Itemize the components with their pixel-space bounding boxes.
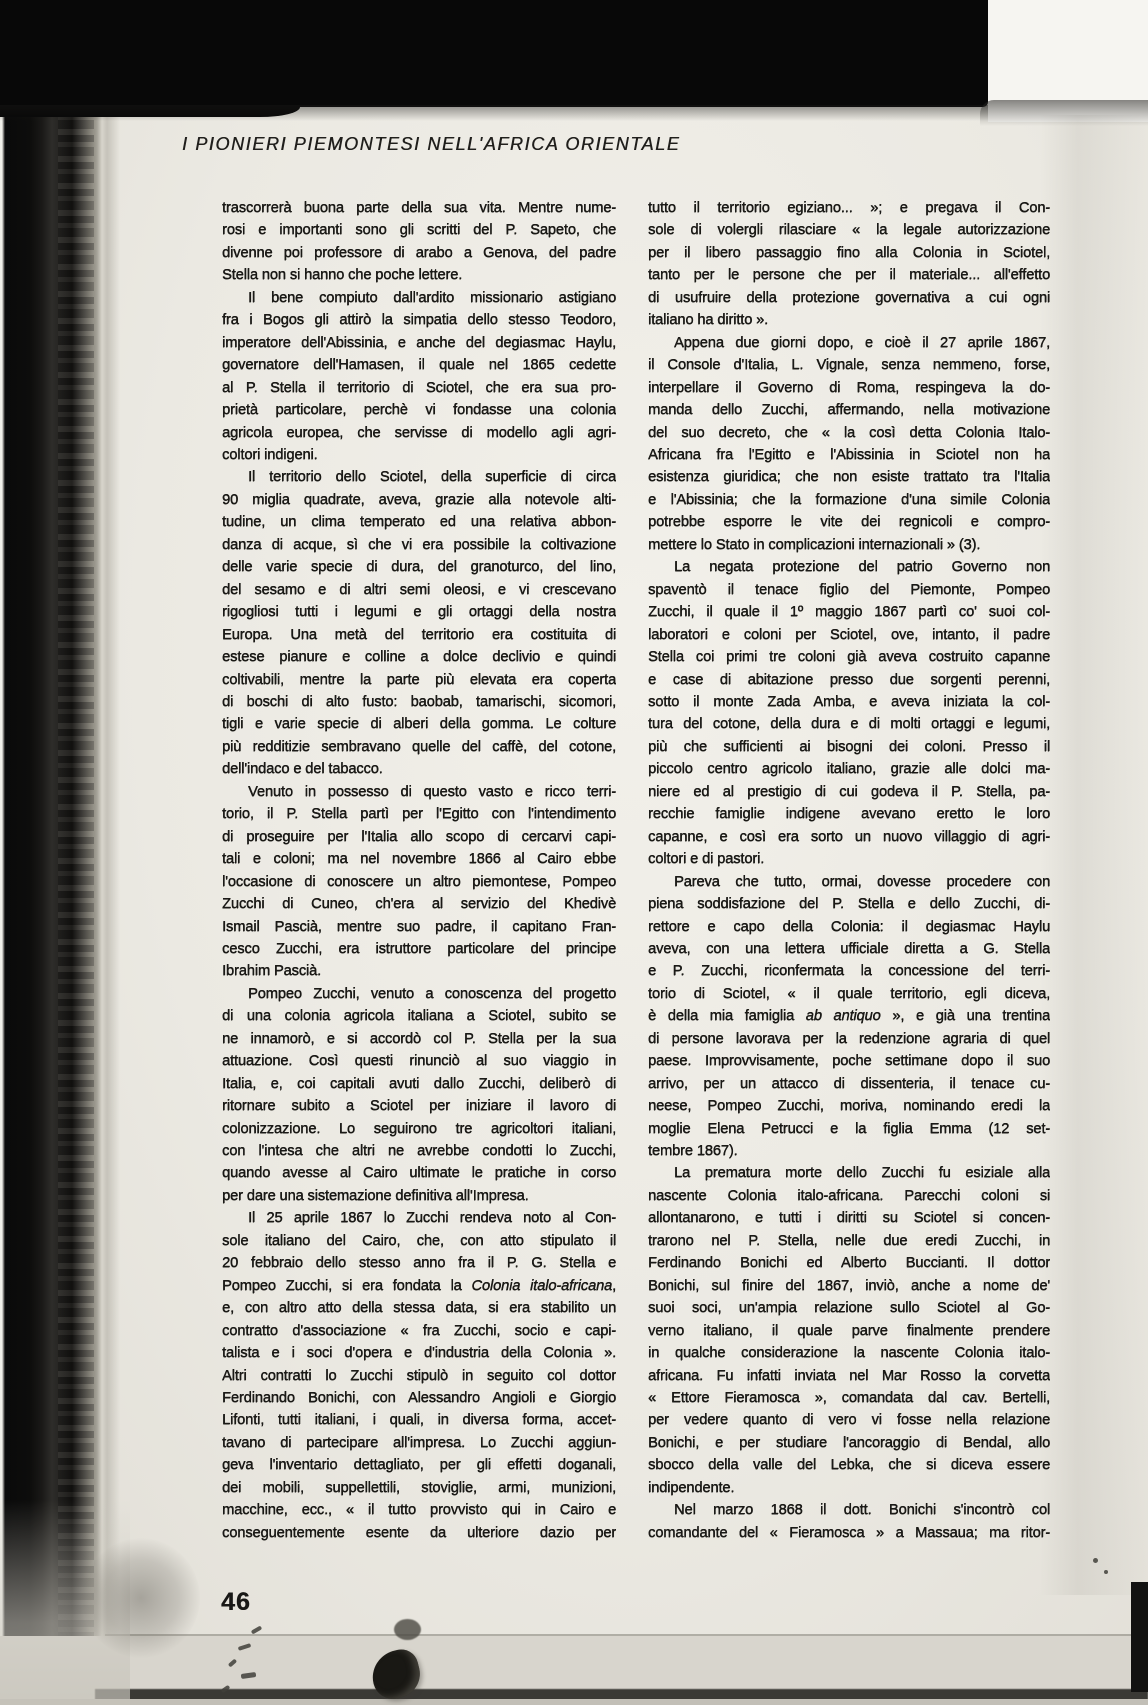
text-line: Appena due giorni dopo, e cioè il 27 apr… (648, 332, 1050, 354)
text-line: allontanarono, e tutti i diritti su Scio… (648, 1207, 1050, 1229)
text-line: manda dello Zucchi, affermando, nella mo… (648, 399, 1050, 421)
text-line: verno italiano, il quale parve finalment… (648, 1320, 1050, 1342)
text-line: niere ed al prestigio di cui godeva il P… (648, 781, 1050, 803)
text-line: colonizzazione. Lo seguirono tre agricol… (222, 1118, 616, 1140)
text-line: coltivabili, mentre la parte più elevata… (222, 669, 616, 691)
text-line: coltori indigeni. (222, 444, 616, 466)
text-line: dell'indaco e del tabacco. (222, 758, 616, 780)
text-line: cesco Zucchi, era istruttore particolare… (222, 938, 616, 960)
scan-bottom-right-black-edge (1131, 1582, 1148, 1692)
text-line: Venuto in possesso di questo vasto e ric… (222, 781, 616, 803)
text-line: agricola europea, che servisse di modell… (222, 422, 616, 444)
page-right-edge-shading (1040, 115, 1148, 1595)
text-line: comandante del « Fieramosca » a Massaua;… (648, 1522, 1050, 1544)
text-line: tigli e varie specie di alberi della gom… (222, 713, 616, 735)
text-line: di una colonia agricola italiana a Sciot… (222, 1005, 616, 1027)
text-line: del sesamo e di altri semi oleosi, e vi … (222, 579, 616, 601)
text-line: 90 miglia quadrate, aveva, grazie alla n… (222, 489, 616, 511)
text-line: Ismail Pascià, mentre suo padre, il capi… (222, 916, 616, 938)
text-line: Stella coi primi tre coloni già aveva co… (648, 646, 1050, 668)
text-line: coltori e di pastori. (648, 848, 1050, 870)
text-line: ne innamorò, e si accordò col P. Stella … (222, 1028, 616, 1050)
text-line: governatore dell'Hamasen, il quale nel 1… (222, 354, 616, 376)
text-line: Europa. Una metà del territorio era cost… (222, 624, 616, 646)
text-line: è della mia famiglia ab antiquo », e già… (648, 1005, 1050, 1027)
scan-top-band-shadow (0, 105, 1148, 121)
text-line: per il libero passaggio fino alla Coloni… (648, 242, 1050, 264)
text-line: sbocco della valle del Lebka, che si dic… (648, 1454, 1050, 1476)
text-line: torio di Sciotel, « il quale territorio,… (648, 983, 1050, 1005)
text-line: dei mobili, suppellettili, stoviglie, ar… (222, 1477, 616, 1499)
text-line: macchine, ecc., « il tutto provvisto qui… (222, 1499, 616, 1521)
text-line: Pompeo Zucchi, venuto a conoscenza del p… (222, 983, 616, 1005)
text-line: Zucchi, il quale il 1º maggio 1867 partì… (648, 601, 1050, 623)
text-line: divenne poi professore di arabo a Genova… (222, 242, 616, 264)
text-line: esistenza giuridica; che non esiste trat… (648, 466, 1050, 488)
text-line: Altri contratti lo Zucchi stipulò in seg… (222, 1365, 616, 1387)
text-line: laboratori e coloni per Sciotel, ove, in… (648, 624, 1050, 646)
text-line: prietà particolare, perchè vi fondasse u… (222, 399, 616, 421)
text-line: Il 25 aprile 1867 lo Zucchi rendeva noto… (222, 1207, 616, 1229)
text-line: Ferdinando Bonichi, con Alessandro Angio… (222, 1387, 616, 1409)
text-line: africana. Fu infatti inviata nel Mar Ros… (648, 1365, 1050, 1387)
text-line: moglie Elena Petrucci e la figlia Emma (… (648, 1118, 1050, 1140)
text-line: aveva, con una lettera ufficiale diretta… (648, 938, 1050, 960)
text-line: sole italiano del Cairo, che, con atto s… (222, 1230, 616, 1252)
text-line: e, con altro atto della stessa data, si … (222, 1297, 616, 1319)
scanned-book-page: I PIONIERI PIEMONTESI NELL'AFRICA ORIENT… (0, 0, 1148, 1705)
text-line: Pareva che tutto, ormai, dovesse procede… (648, 871, 1050, 893)
text-line: italiano ha diritto ». (648, 309, 1050, 331)
text-line: Lifonti, tutti italiani, i quali, in div… (222, 1409, 616, 1431)
text-line: tura del cotone, della dura e di molti o… (648, 713, 1050, 735)
scan-bottom-light-strip (0, 1699, 1148, 1705)
text-line: Nel marzo 1868 il dott. Bonichi s'incont… (648, 1499, 1050, 1521)
text-line: ritornare subito a Sciotel per iniziare … (222, 1095, 616, 1117)
text-line: torio, il P. Stella partì per l'Egitto c… (222, 803, 616, 825)
text-line: più redditizie sembravano quelle del caf… (222, 736, 616, 758)
text-line: interpellare il Governo di Roma, resping… (648, 377, 1050, 399)
text-line: l'occasione di conoscere un altro piemon… (222, 871, 616, 893)
text-line: per dare una sistemazione definitiva all… (222, 1185, 616, 1207)
text-line: tudine, un clima temperato ed una relati… (222, 511, 616, 533)
text-line: estese pianure e colline a dolce declivi… (222, 646, 616, 668)
scan-top-black-band (0, 0, 988, 107)
text-line: indipendente. (648, 1477, 1050, 1499)
text-line: sole di volergli rilasciare « la legale … (648, 219, 1050, 241)
text-line: fra i Bogos gli attirò la simpatia dello… (222, 309, 616, 331)
text-line: danza di acque, sì che vi era possibile … (222, 534, 616, 556)
text-line: di boschi di alto fusto: baobab, tamaris… (222, 691, 616, 713)
text-line: tanto per le persone che per il material… (648, 264, 1050, 286)
text-line: tavano di partecipare all'impresa. Lo Zu… (222, 1432, 616, 1454)
text-line: con l'intesa che altri ne avrebbe condot… (222, 1140, 616, 1162)
text-line: mettere lo Stato in complicazioni intern… (648, 534, 1050, 556)
text-column-left: trascorrerà buona parte della sua vita. … (222, 197, 616, 1544)
text-line: arrivo, per un attacco di dissenteria, i… (648, 1073, 1050, 1095)
text-line: più che sufficienti ai bisogni dei colon… (648, 736, 1050, 758)
text-line: Stella non si hanno che poche lettere. (222, 264, 616, 286)
text-line: il Console d'Italia, L. Vignale, senza n… (648, 354, 1050, 376)
text-line: rigogliosi tutti i legumi e gli ortaggi … (222, 601, 616, 623)
text-line: attuazione. Così questi rinunciò al suo … (222, 1050, 616, 1072)
text-line: tali e coloni; ma nel novembre 1866 al C… (222, 848, 616, 870)
text-line: e P. Zucchi, riconfermata la concessione… (648, 960, 1050, 982)
ink-speck (1104, 1570, 1108, 1574)
text-line: nascente Colonia italo-africana. Parecch… (648, 1185, 1050, 1207)
text-line: Bonichi, e per studiare l'ancoraggio di … (648, 1432, 1050, 1454)
ink-speck (1093, 1558, 1098, 1563)
text-line: paese. Improvvisamente, poche settimane … (648, 1050, 1050, 1072)
text-line: « Ettore Fieramosca », comandata dal cav… (648, 1387, 1050, 1409)
text-line: suoi soci, un'ampia relazione sullo Scio… (648, 1297, 1050, 1319)
text-line: Ferdinando Bonichi ed Alberto Buccianti.… (648, 1252, 1050, 1274)
text-line: Italia, e, coi capitali avuti dallo Zucc… (222, 1073, 616, 1095)
text-line: tutto il territorio egiziano... »; e pre… (648, 197, 1050, 219)
text-line: trascorrerà buona parte della sua vita. … (222, 197, 616, 219)
smudge-stain (82, 1538, 200, 1658)
text-line: Zucchi di Cuneo, ch'era al servizio del … (222, 893, 616, 915)
page-number: 46 (221, 1588, 251, 1617)
text-line: e l'Abissinia; che la formazione d'una s… (648, 489, 1050, 511)
text-line: neese, Pompeo Zucchi, moriva, nominando … (648, 1095, 1050, 1117)
text-line: rettore e capo della Colonia: il degiasm… (648, 916, 1050, 938)
text-column-right: tutto il territorio egiziano... »; e pre… (648, 197, 1050, 1544)
running-head: I PIONIERI PIEMONTESI NELL'AFRICA ORIENT… (182, 134, 680, 155)
text-line: Africana fra l'Egitto e l'Abissinia in S… (648, 444, 1050, 466)
text-line: talista e i soci d'opera e d'industria d… (222, 1342, 616, 1364)
text-line: piccolo centro agricolo italiano, grazie… (648, 758, 1050, 780)
text-line: di usufruire della protezione governativ… (648, 287, 1050, 309)
text-line: potrebbe esporre le vite dei regnicoli e… (648, 511, 1050, 533)
text-line: tembre 1867). (648, 1140, 1050, 1162)
ink-blot-small (394, 1619, 421, 1640)
text-line: contratto d'associazione « fra Zucchi, s… (222, 1320, 616, 1342)
text-line: Bonichi, sul finire del 1867, inviò, anc… (648, 1275, 1050, 1297)
text-line: piena soddisfazione del P. Stella e dell… (648, 893, 1050, 915)
text-line: trarono nel P. Stella, nelle due eredi Z… (648, 1230, 1050, 1252)
text-line: La negata protezione del patrio Governo … (648, 556, 1050, 578)
gutter-texture (58, 0, 94, 1705)
text-line: di persone lavorava per la redenzione ag… (648, 1028, 1050, 1050)
text-line: di proseguire per l'Italia allo scopo di… (222, 826, 616, 848)
text-line: spaventò il tenace figlio del Piemonte, … (648, 579, 1050, 601)
text-line: imperatore dell'Abissinia, e anche del d… (222, 332, 616, 354)
text-line: Il territorio dello Sciotel, della super… (222, 466, 616, 488)
text-line: La prematura morte dello Zucchi fu esizi… (648, 1162, 1050, 1184)
text-line: al P. Stella il territorio di Sciotel, c… (222, 377, 616, 399)
text-line: 20 febbraio dello stesso anno fra il P. … (222, 1252, 616, 1274)
text-line: rosi e importanti sono gli scritti del P… (222, 219, 616, 241)
text-line: quando avesse al Cairo ultimate le prati… (222, 1162, 616, 1184)
text-line: Ibrahim Pascià. (222, 960, 616, 982)
text-line: Pompeo Zucchi, si era fondata la Colonia… (222, 1275, 616, 1297)
page-bottom-edge-line (105, 1634, 1148, 1636)
text-line: del suo decreto, che « la così detta Col… (648, 422, 1050, 444)
text-line: per vedere quanto di vero vi fosse nella… (648, 1409, 1050, 1431)
text-line: geva l'inventario dettagliato, per gli e… (222, 1454, 616, 1476)
text-line: Il bene compiuto dall'ardito missionario… (222, 287, 616, 309)
text-line: capanne, e così era sorto un nuovo villa… (648, 826, 1050, 848)
text-line: conseguentemente esente da ulteriore daz… (222, 1522, 616, 1544)
text-line: recchie famiglie indigene avevano eretto… (648, 803, 1050, 825)
text-line: e case di abitazione presso due sorgenti… (648, 669, 1050, 691)
text-line: delle varie specie di dura, del granotur… (222, 556, 616, 578)
text-line: sotto il monte Zada Amba, e aveva inizia… (648, 691, 1050, 713)
text-line: in qualche considerazione la nascente Co… (648, 1342, 1050, 1364)
